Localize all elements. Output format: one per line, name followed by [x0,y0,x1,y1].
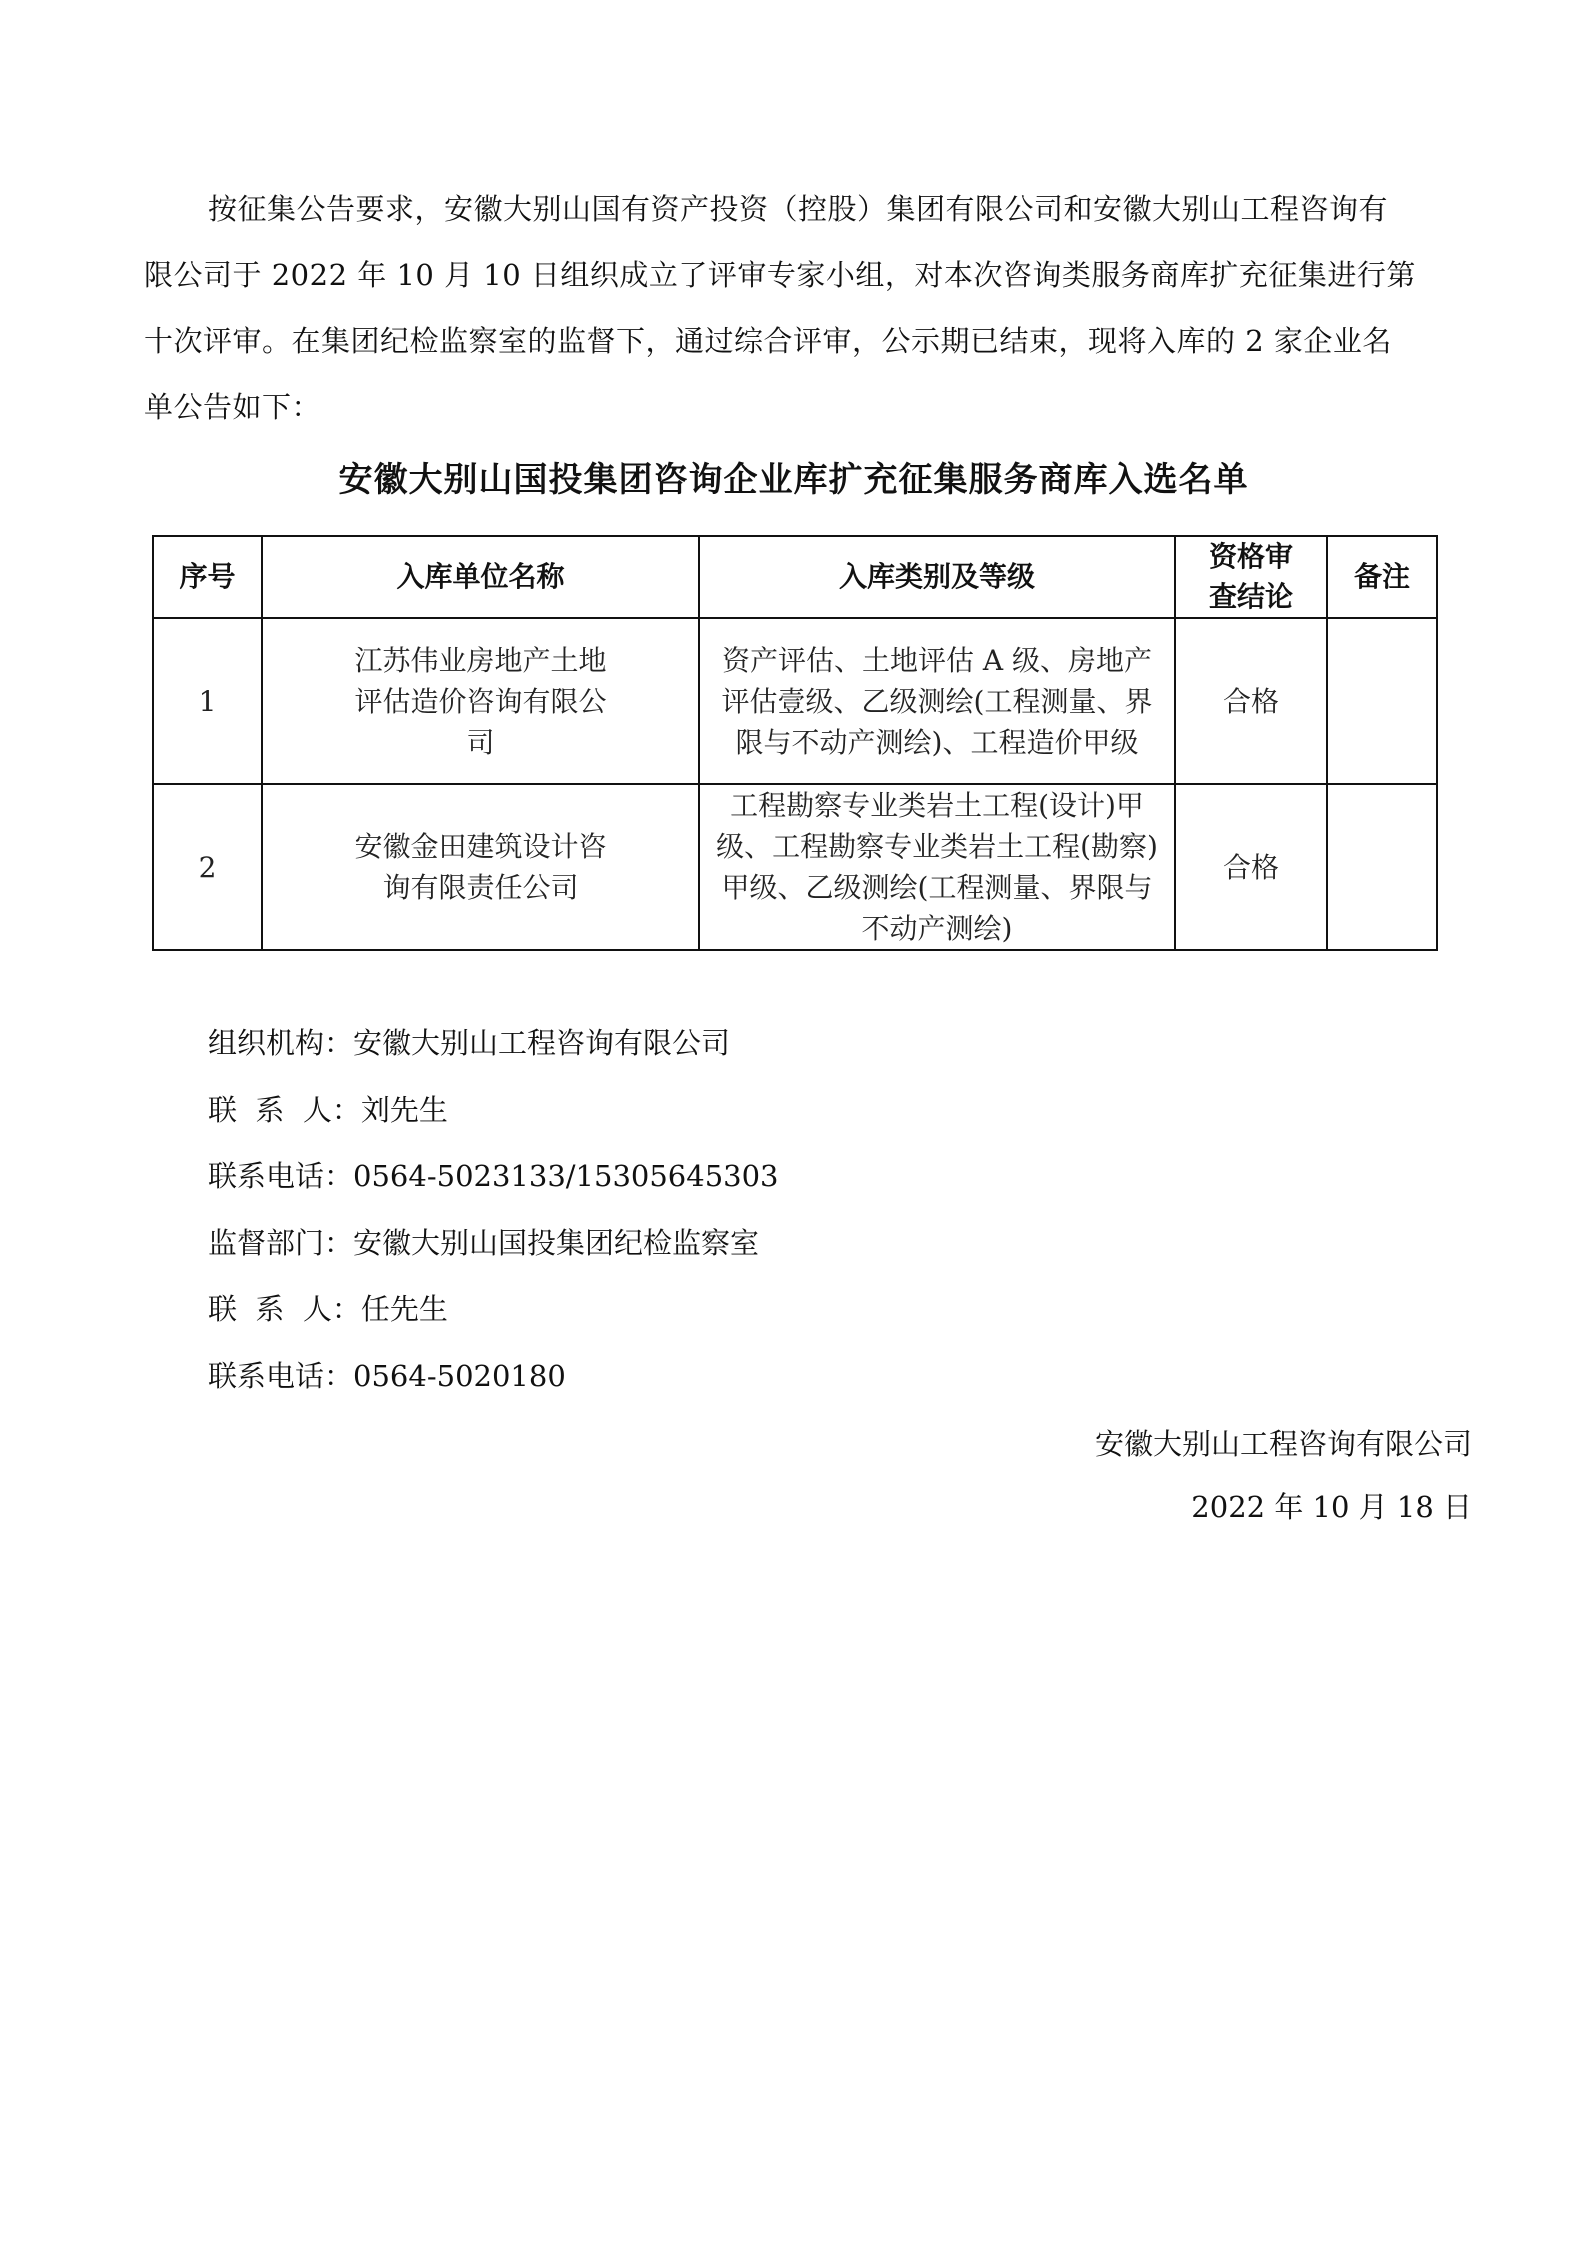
supervision-person: 联 系 人：任先生 [208,1276,779,1343]
contact-info: 组织机构：安徽大别山工程咨询有限公司 联 系 人：刘先生 联系电话：0564-5… [208,1010,779,1409]
cell-result: 合格 [1175,784,1327,950]
contact-label: 联 系 人： [208,1292,361,1326]
contact-label: 联系电话： [208,1359,353,1393]
cell-name-text: 安徽金田建筑设计咨询有限责任公司 [348,826,614,908]
contact-value: 0564-5023133/15305645303 [353,1159,778,1193]
contact-org: 组织机构：安徽大别山工程咨询有限公司 [208,1010,779,1077]
cell-name: 江苏伟业房地产土地评估造价咨询有限公司 [262,618,699,784]
table-row: 1 江苏伟业房地产土地评估造价咨询有限公司 资产评估、土地评估 A 级、房地产评… [153,618,1437,784]
contact-value: 任先生 [361,1292,448,1326]
contact-value: 安徽大别山国投集团纪检监察室 [353,1226,759,1260]
cell-result: 合格 [1175,618,1327,784]
table-row: 2 安徽金田建筑设计咨询有限责任公司 工程勘察专业类岩土工程(设计)甲级、工程勘… [153,784,1437,950]
header-result: 资格审查结论 [1175,536,1327,618]
signature-block: 安徽大别山工程咨询有限公司 2022 年 10 月 18 日 [1095,1413,1472,1539]
signature-date: 2022 年 10 月 18 日 [1095,1476,1472,1539]
signature-org: 安徽大别山工程咨询有限公司 [1095,1413,1472,1476]
intro-paragraph: 按征集公告要求，安徽大别山国有资产投资（控股）集团有限公司和安徽大别山工程咨询有… [144,176,1474,440]
contact-value: 刘先生 [361,1093,448,1127]
cell-no: 1 [153,618,262,784]
cell-category: 资产评估、土地评估 A 级、房地产评估壹级、乙级测绘(工程测量、界限与不动产测绘… [699,618,1175,784]
cell-name: 安徽金田建筑设计咨询有限责任公司 [262,784,699,950]
intro-line: 单公告如下： [144,374,1474,440]
document-page: 按征集公告要求，安徽大别山国有资产投资（控股）集团有限公司和安徽大别山工程咨询有… [0,0,1587,2245]
contact-label: 联 系 人： [208,1093,361,1127]
list-title: 安徽大别山国投集团咨询企业库扩充征集服务商库入选名单 [0,452,1587,508]
intro-line: 按征集公告要求，安徽大别山国有资产投资（控股）集团有限公司和安徽大别山工程咨询有 [144,176,1474,242]
cell-name-text: 江苏伟业房地产土地评估造价咨询有限公司 [348,640,614,763]
supervision-phone: 联系电话：0564-5020180 [208,1343,779,1410]
intro-line: 限公司于 2022 年 10 月 10 日组织成立了评审专家小组，对本次咨询类服… [144,242,1474,308]
table-header-row: 序号 入库单位名称 入库类别及等级 资格审查结论 备注 [153,536,1437,618]
header-category: 入库类别及等级 [699,536,1175,618]
cell-no: 2 [153,784,262,950]
intro-line: 十次评审。在集团纪检监察室的监督下，通过综合评审，公示期已结束，现将入库的 2 … [144,308,1474,374]
cell-category: 工程勘察专业类岩土工程(设计)甲级、工程勘察专业类岩土工程(勘察)甲级、乙级测绘… [699,784,1175,950]
supervision-dept: 监督部门：安徽大别山国投集团纪检监察室 [208,1210,779,1277]
contact-label: 组织机构： [208,1026,353,1060]
header-name: 入库单位名称 [262,536,699,618]
contact-label: 联系电话： [208,1159,353,1193]
header-result-label: 资格审查结论 [1206,537,1296,617]
contact-value: 0564-5020180 [353,1359,566,1393]
contact-person: 联 系 人：刘先生 [208,1077,779,1144]
cell-note [1327,784,1437,950]
contact-value: 安徽大别山工程咨询有限公司 [353,1026,730,1060]
contact-label: 监督部门： [208,1226,353,1260]
header-no: 序号 [153,536,262,618]
selected-vendors-table: 序号 入库单位名称 入库类别及等级 资格审查结论 备注 1 江苏伟业房地产土地评… [152,535,1438,951]
header-note: 备注 [1327,536,1437,618]
cell-note [1327,618,1437,784]
contact-phone: 联系电话：0564-5023133/15305645303 [208,1143,779,1210]
